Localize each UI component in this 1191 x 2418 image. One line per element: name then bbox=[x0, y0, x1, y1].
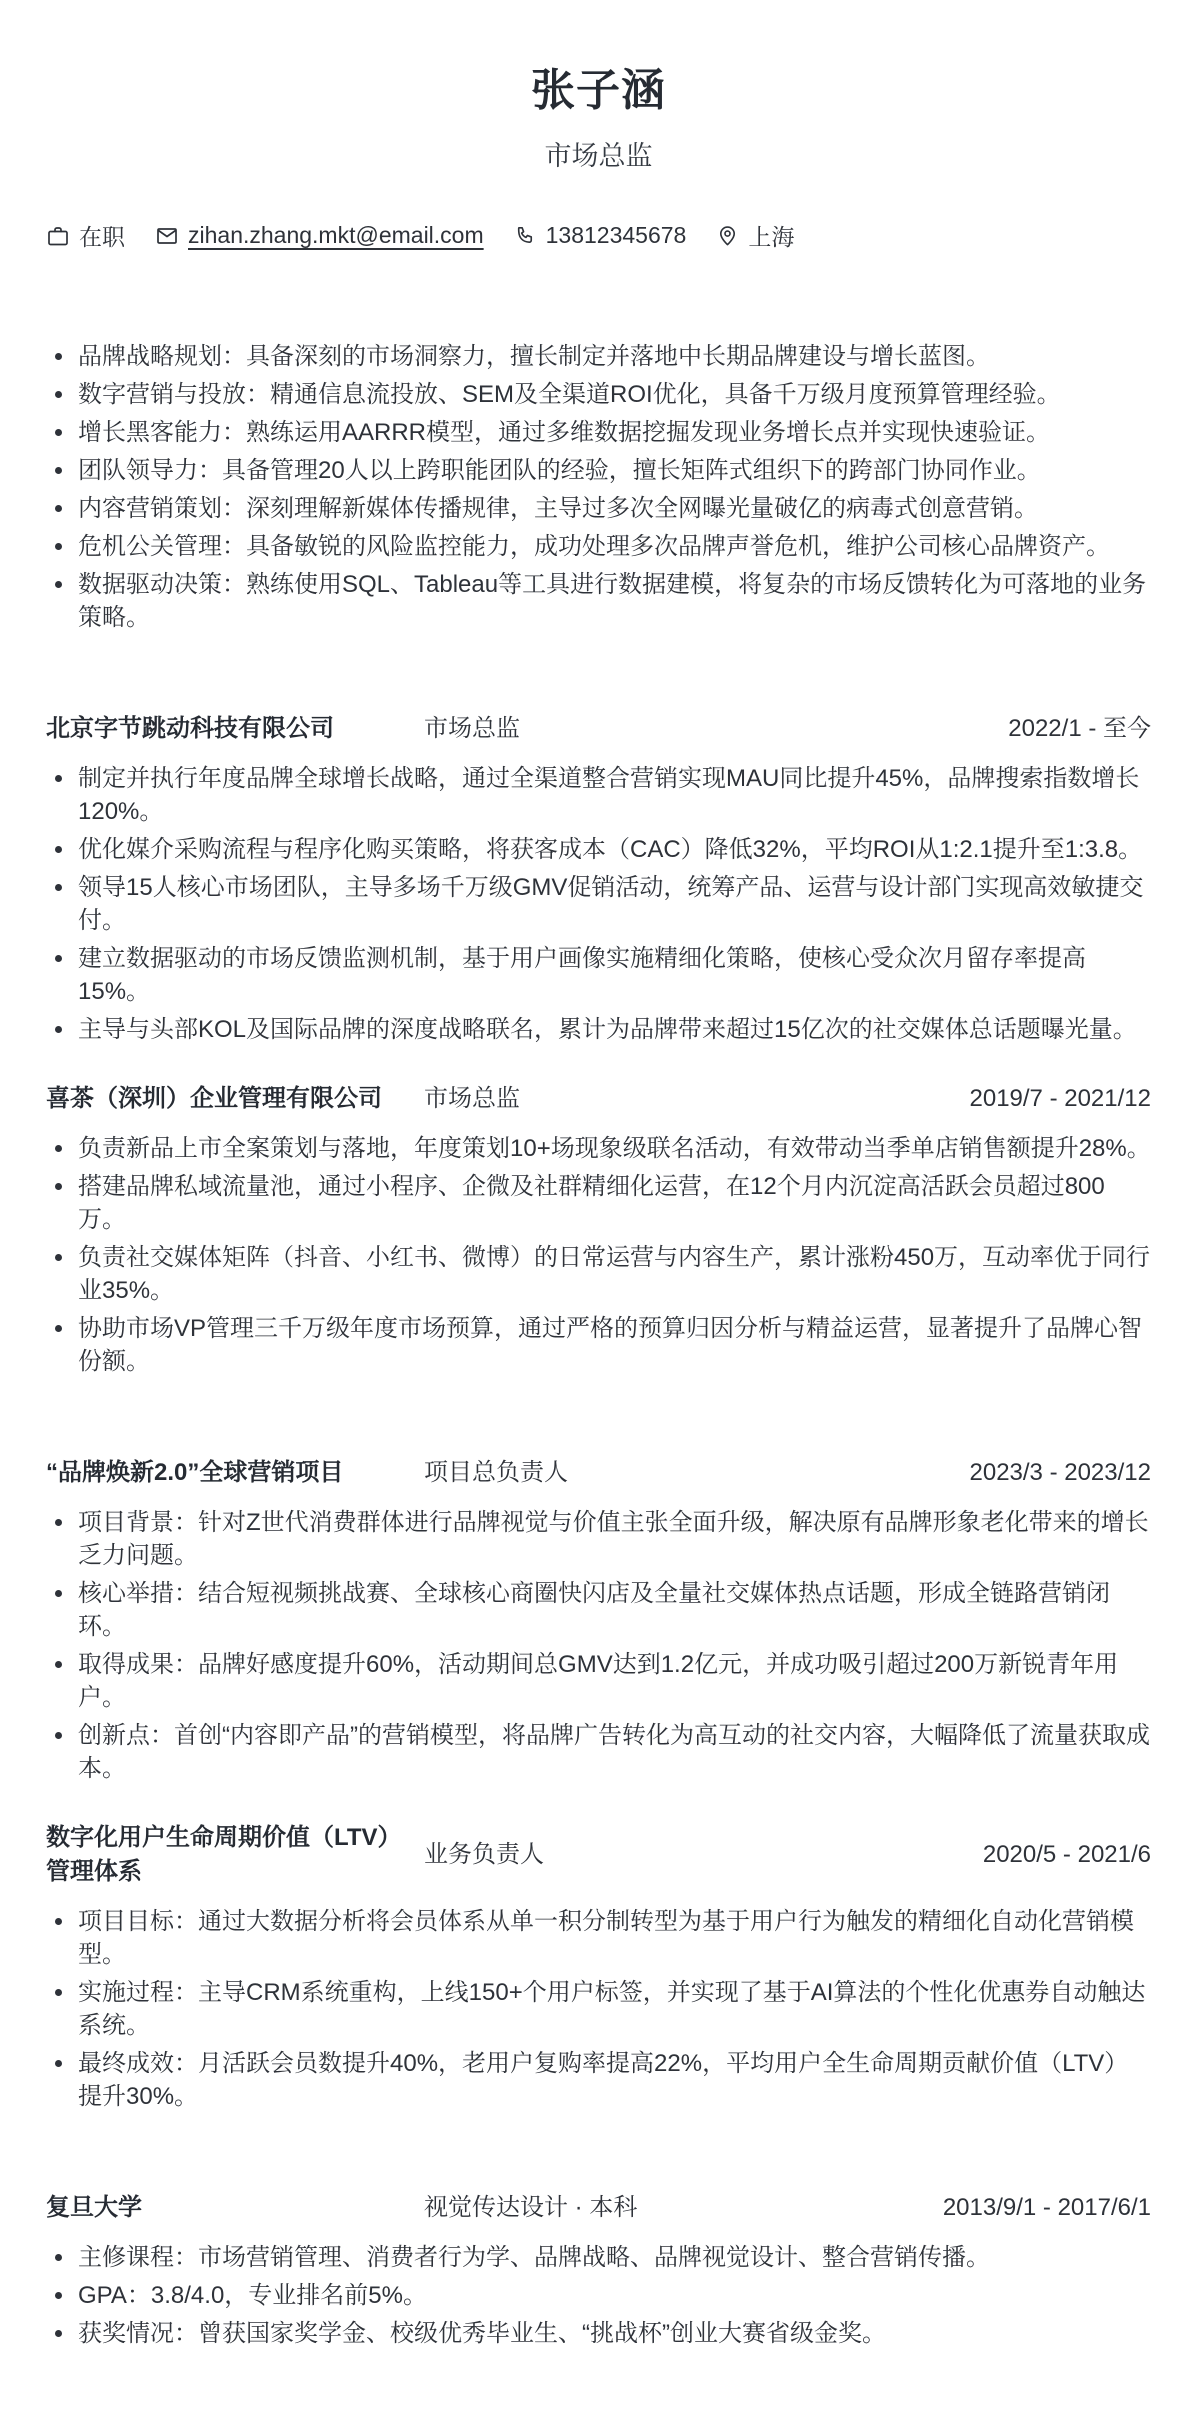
resume-document: 张子涵 市场总监 在职 zihan.zhang.mkt@email.com bbox=[46, 54, 1151, 2350]
project-bullet: 项目目标：通过大数据分析将会员体系从单一积分制转型为基于用户行为触发的精细化自动… bbox=[78, 1905, 1151, 1971]
summary-item: 内容营销策划：深刻理解新媒体传播规律，主导过多次全网曝光量破亿的病毒式创意营销。 bbox=[78, 492, 1151, 525]
project-role: 项目总负责人 bbox=[424, 1456, 970, 1490]
employment-dates: 2019/7 - 2021/12 bbox=[970, 1082, 1152, 1116]
education-bullet: 获奖情况：曾获国家奖学金、校级优秀毕业生、“挑战杯”创业大赛省级金奖。 bbox=[78, 2317, 1151, 2350]
project-bullet: 最终成效：月活跃会员数提升40%，老用户复购率提高22%，平均用户全生命周期贡献… bbox=[78, 2047, 1151, 2113]
project-dates: 2020/5 - 2021/6 bbox=[983, 1838, 1151, 1872]
project-bullets: 项目目标：通过大数据分析将会员体系从单一积分制转型为基于用户行为触发的精细化自动… bbox=[46, 1905, 1151, 2113]
summary-section: 品牌战略规划：具备深刻的市场洞察力，擅长制定并落地中长期品牌建设与增长蓝图。 数… bbox=[46, 340, 1151, 634]
school-name: 复旦大学 bbox=[46, 2191, 424, 2225]
summary-item: 品牌战略规划：具备深刻的市场洞察力，擅长制定并落地中长期品牌建设与增长蓝图。 bbox=[78, 340, 1151, 373]
project-name: 数字化用户生命周期价值（LTV）管理体系 bbox=[46, 1821, 424, 1889]
experience-section: 北京字节跳动科技有限公司 市场总监 2022/1 - 至今 制定并执行年度品牌全… bbox=[46, 712, 1151, 1378]
candidate-name: 张子涵 bbox=[46, 54, 1151, 118]
experience-bullet: 制定并执行年度品牌全球增长战略，通过全渠道整合营销实现MAU同比提升45%，品牌… bbox=[78, 762, 1151, 828]
employment-status: 在职 bbox=[46, 219, 125, 252]
summary-item: 团队领导力：具备管理20人以上跨职能团队的经验，擅长矩阵式组织下的跨部门协同作业… bbox=[78, 454, 1151, 487]
project-entry: “品牌焕新2.0”全球营销项目 项目总负责人 2023/3 - 2023/12 … bbox=[46, 1456, 1151, 1785]
project-role: 业务负责人 bbox=[424, 1838, 983, 1872]
experience-bullets: 负责新品上市全案策划与落地，年度策划10+场现象级联名活动，有效带动当季单店销售… bbox=[46, 1132, 1151, 1378]
location-label: 上海 bbox=[748, 219, 794, 252]
position-title: 市场总监 bbox=[424, 1082, 970, 1116]
candidate-job-title: 市场总监 bbox=[46, 134, 1151, 173]
project-entry: 数字化用户生命周期价值（LTV）管理体系 业务负责人 2020/5 - 2021… bbox=[46, 1821, 1151, 2113]
experience-bullet: 负责新品上市全案策划与落地，年度策划10+场现象级联名活动，有效带动当季单店销售… bbox=[78, 1132, 1151, 1165]
project-bullet: 取得成果：品牌好感度提升60%，活动期间总GMV达到1.2亿元，并成功吸引超过2… bbox=[78, 1648, 1151, 1714]
project-entry-header: “品牌焕新2.0”全球营销项目 项目总负责人 2023/3 - 2023/12 bbox=[46, 1456, 1151, 1490]
project-bullet: 核心举措：结合短视频挑战赛、全球核心商圈快闪店及全量社交媒体热点话题，形成全链路… bbox=[78, 1577, 1151, 1643]
project-bullets: 项目背景：针对Z世代消费群体进行品牌视觉与价值主张全面升级，解决原有品牌形象老化… bbox=[46, 1506, 1151, 1785]
experience-bullet: 优化媒介采购流程与程序化购买策略，将获客成本（CAC）降低32%，平均ROI从1… bbox=[78, 833, 1151, 866]
education-dates: 2013/9/1 - 2017/6/1 bbox=[943, 2191, 1151, 2225]
project-bullet: 项目背景：针对Z世代消费群体进行品牌视觉与价值主张全面升级，解决原有品牌形象老化… bbox=[78, 1506, 1151, 1572]
email-link[interactable]: zihan.zhang.mkt@email.com bbox=[188, 222, 484, 249]
experience-bullet: 主导与头部KOL及国际品牌的深度战略联名，累计为品牌带来超过15亿次的社交媒体总… bbox=[78, 1013, 1151, 1046]
email-icon bbox=[155, 224, 179, 248]
education-entry: 复旦大学 视觉传达设计 · 本科 2013/9/1 - 2017/6/1 主修课… bbox=[46, 2191, 1151, 2350]
summary-item: 危机公关管理：具备敏锐的风险监控能力，成功处理多次品牌声誉危机，维护公司核心品牌… bbox=[78, 530, 1151, 563]
phone-item: 13812345678 bbox=[514, 222, 687, 249]
project-entry-header: 数字化用户生命周期价值（LTV）管理体系 业务负责人 2020/5 - 2021… bbox=[46, 1821, 1151, 1889]
company-name: 北京字节跳动科技有限公司 bbox=[46, 712, 424, 746]
projects-section: “品牌焕新2.0”全球营销项目 项目总负责人 2023/3 - 2023/12 … bbox=[46, 1456, 1151, 2113]
company-name: 喜茶（深圳）企业管理有限公司 bbox=[46, 1082, 424, 1116]
education-section: 复旦大学 视觉传达设计 · 本科 2013/9/1 - 2017/6/1 主修课… bbox=[46, 2191, 1151, 2350]
experience-entry-header: 喜茶（深圳）企业管理有限公司 市场总监 2019/7 - 2021/12 bbox=[46, 1082, 1151, 1116]
phone-icon bbox=[514, 224, 537, 247]
email-item: zihan.zhang.mkt@email.com bbox=[155, 222, 484, 249]
education-entry-header: 复旦大学 视觉传达设计 · 本科 2013/9/1 - 2017/6/1 bbox=[46, 2191, 1151, 2225]
summary-item: 增长黑客能力：熟练运用AARRR模型，通过多维数据挖掘发现业务增长点并实现快速验… bbox=[78, 416, 1151, 449]
employment-status-label: 在职 bbox=[79, 219, 125, 252]
experience-entry: 北京字节跳动科技有限公司 市场总监 2022/1 - 至今 制定并执行年度品牌全… bbox=[46, 712, 1151, 1046]
position-title: 市场总监 bbox=[424, 712, 1008, 746]
briefcase-icon bbox=[46, 224, 70, 248]
summary-item: 数据驱动决策：熟练使用SQL、Tableau等工具进行数据建模，将复杂的市场反馈… bbox=[78, 568, 1151, 634]
experience-bullet: 搭建品牌私域流量池，通过小程序、企微及社群精细化运营，在12个月内沉淀高活跃会员… bbox=[78, 1170, 1151, 1236]
summary-item: 数字营销与投放：精通信息流投放、SEM及全渠道ROI优化，具备千万级月度预算管理… bbox=[78, 378, 1151, 411]
project-name: “品牌焕新2.0”全球营销项目 bbox=[46, 1456, 424, 1490]
location-pin-icon bbox=[716, 224, 739, 247]
employment-dates: 2022/1 - 至今 bbox=[1008, 712, 1151, 746]
experience-bullets: 制定并执行年度品牌全球增长战略，通过全渠道整合营销实现MAU同比提升45%，品牌… bbox=[46, 762, 1151, 1046]
phone-number: 13812345678 bbox=[546, 222, 687, 249]
summary-list: 品牌战略规划：具备深刻的市场洞察力，擅长制定并落地中长期品牌建设与增长蓝图。 数… bbox=[46, 340, 1151, 634]
project-bullet: 创新点：首创“内容即产品”的营销模型，将品牌广告转化为高互动的社交内容，大幅降低… bbox=[78, 1719, 1151, 1785]
location-item: 上海 bbox=[716, 219, 794, 252]
experience-entry: 喜茶（深圳）企业管理有限公司 市场总监 2019/7 - 2021/12 负责新… bbox=[46, 1082, 1151, 1378]
experience-bullet: 负责社交媒体矩阵（抖音、小红书、微博）的日常运营与内容生产，累计涨粉450万，互… bbox=[78, 1241, 1151, 1307]
project-dates: 2023/3 - 2023/12 bbox=[970, 1456, 1152, 1490]
experience-bullet: 领导15人核心市场团队，主导多场千万级GMV促销活动，统筹产品、运营与设计部门实… bbox=[78, 871, 1151, 937]
project-bullet: 实施过程：主导CRM系统重构，上线150+个用户标签，并实现了基于AI算法的个性… bbox=[78, 1976, 1151, 2042]
major-degree: 视觉传达设计 · 本科 bbox=[424, 2191, 943, 2225]
contact-row: 在职 zihan.zhang.mkt@email.com 13812345678 bbox=[46, 219, 1151, 252]
education-bullet: GPA：3.8/4.0，专业排名前5%。 bbox=[78, 2279, 1151, 2312]
experience-bullet: 建立数据驱动的市场反馈监测机制，基于用户画像实施精细化策略，使核心受众次月留存率… bbox=[78, 942, 1151, 1008]
experience-bullet: 协助市场VP管理三千万级年度市场预算，通过严格的预算归因分析与精益运营，显著提升… bbox=[78, 1312, 1151, 1378]
education-bullets: 主修课程：市场营销管理、消费者行为学、品牌战略、品牌视觉设计、整合营销传播。 G… bbox=[46, 2241, 1151, 2350]
experience-entry-header: 北京字节跳动科技有限公司 市场总监 2022/1 - 至今 bbox=[46, 712, 1151, 746]
education-bullet: 主修课程：市场营销管理、消费者行为学、品牌战略、品牌视觉设计、整合营销传播。 bbox=[78, 2241, 1151, 2274]
